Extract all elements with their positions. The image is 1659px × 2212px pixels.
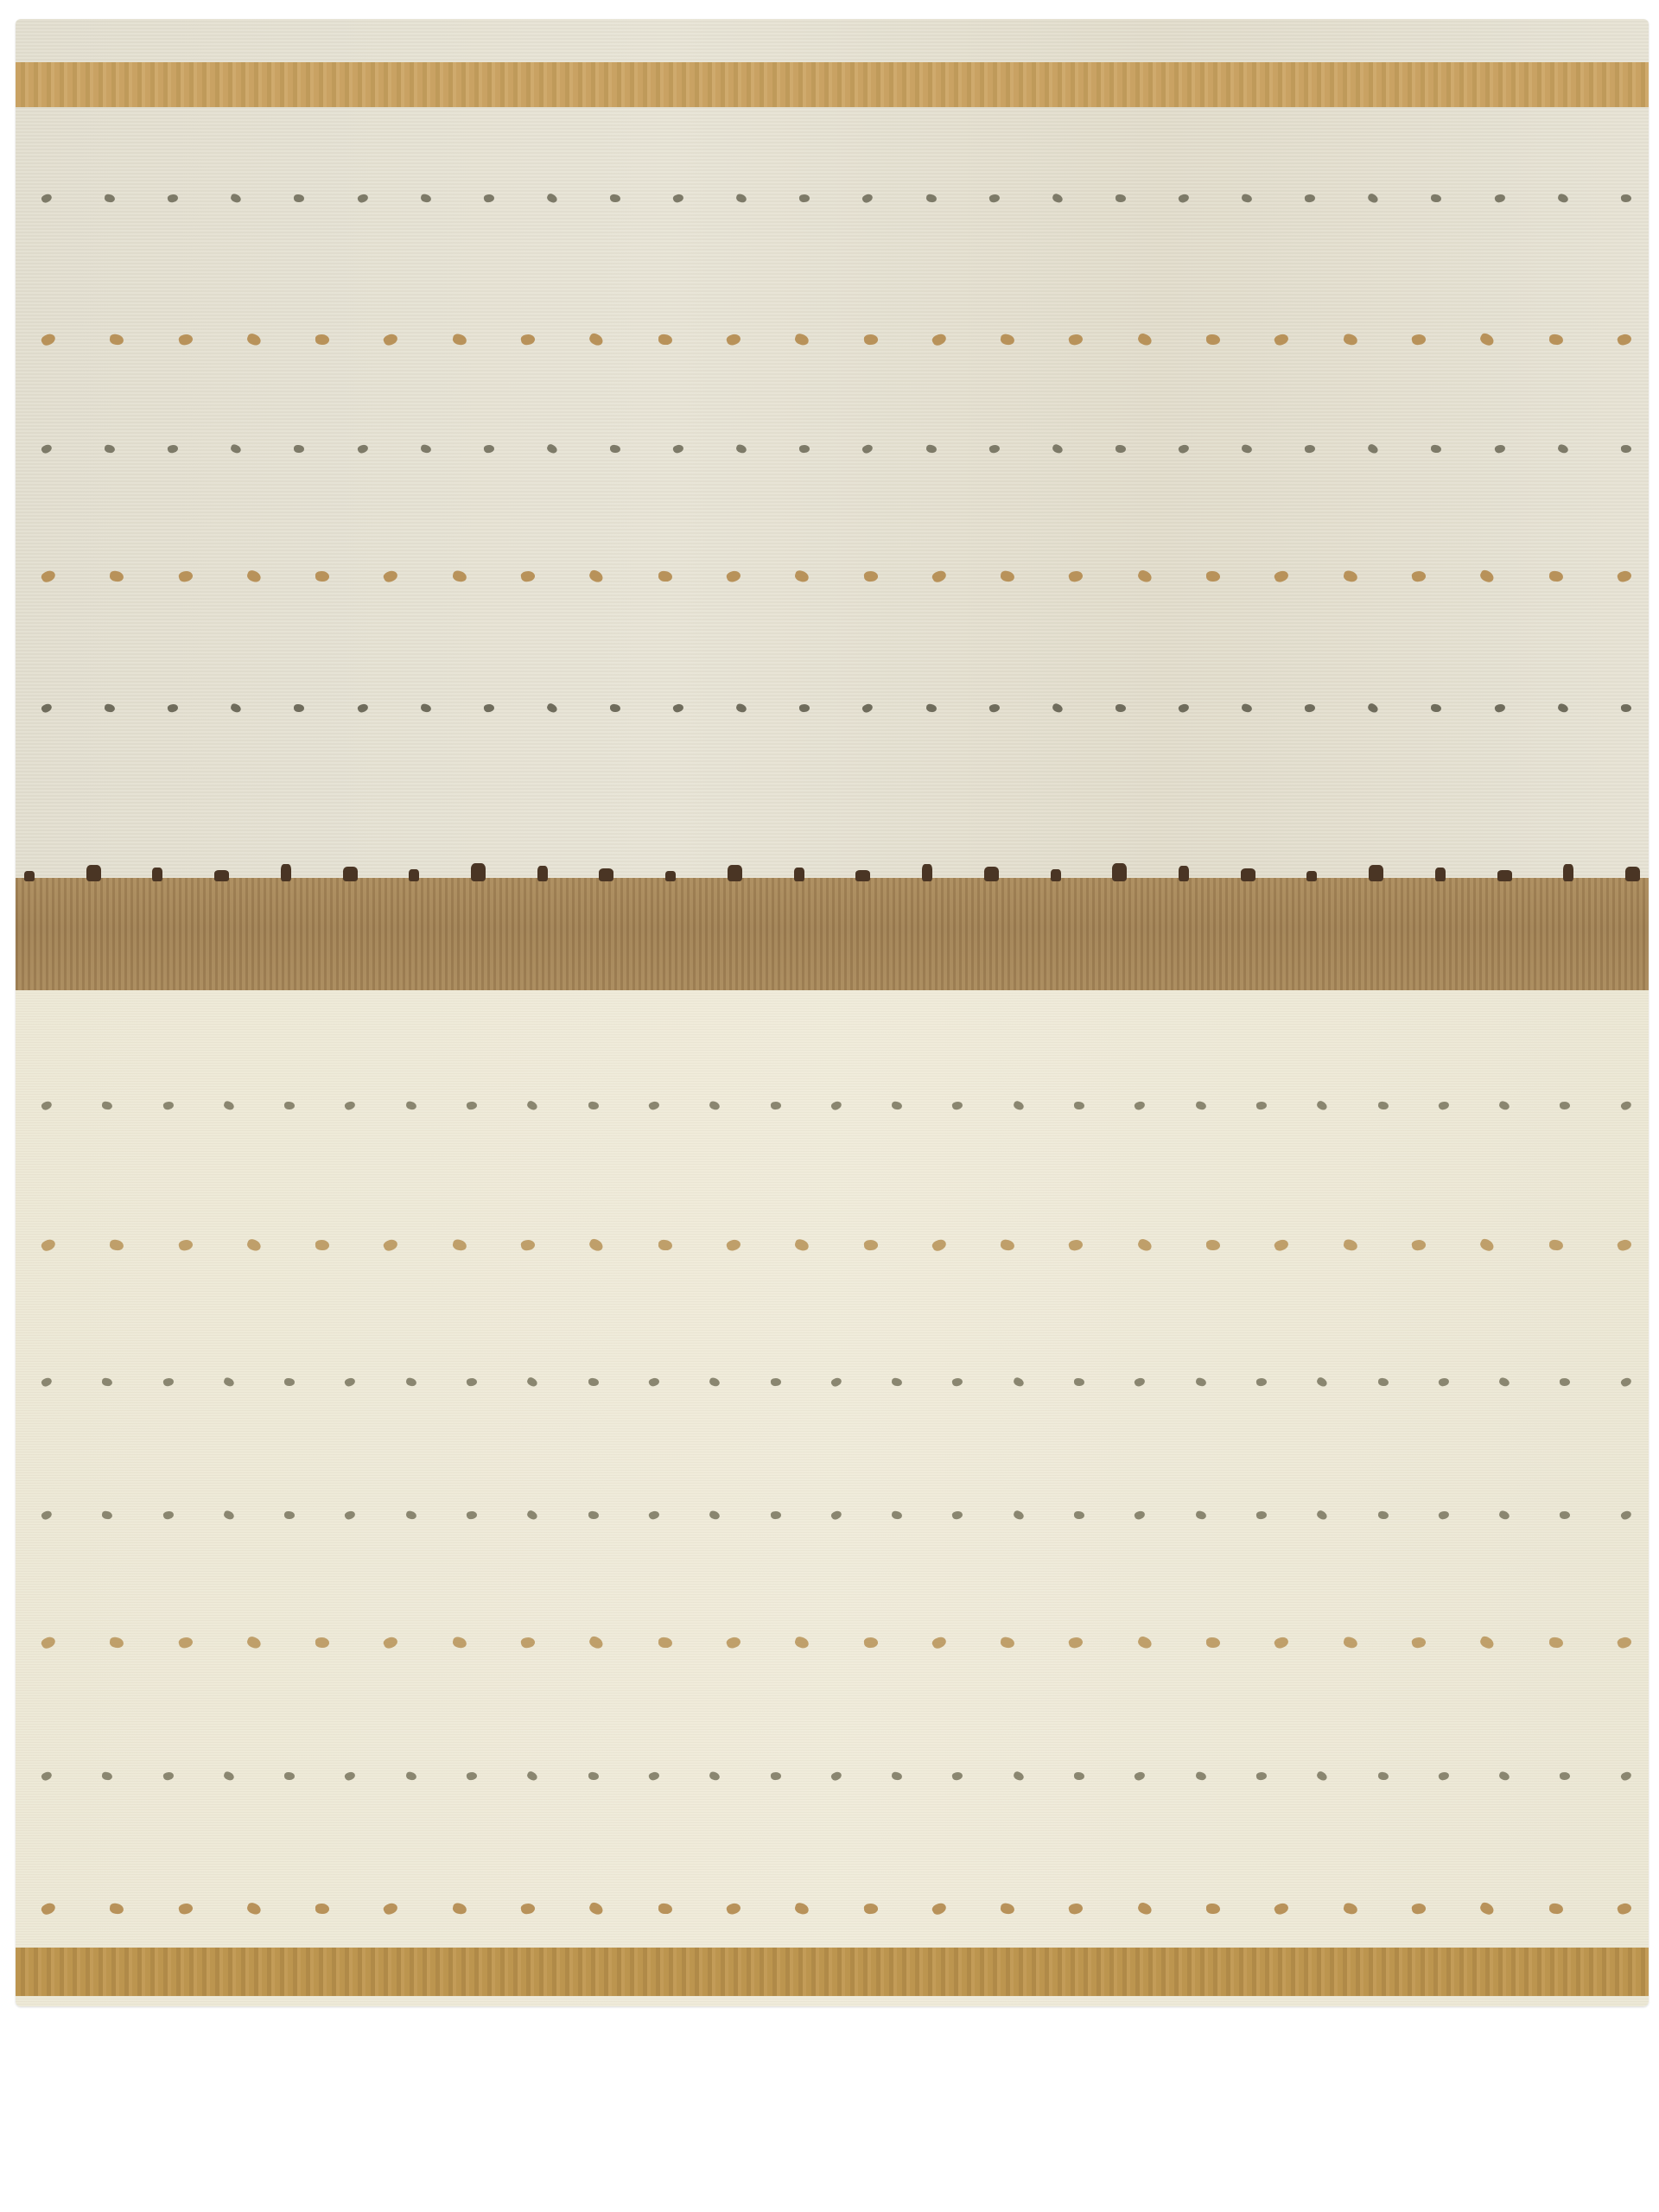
dot	[230, 193, 242, 204]
dot	[1619, 1099, 1632, 1111]
dot	[658, 1904, 672, 1915]
dot	[1000, 1239, 1015, 1251]
dot	[1000, 334, 1015, 346]
dot	[294, 444, 304, 452]
dot	[770, 1377, 781, 1386]
dot	[452, 1902, 467, 1915]
dot	[1411, 1903, 1427, 1916]
dot	[588, 1510, 598, 1519]
dot-row-grey	[41, 442, 1631, 454]
rug	[16, 19, 1649, 2006]
dot	[1116, 194, 1126, 201]
dot	[102, 1510, 113, 1519]
dot	[344, 1376, 357, 1387]
dot	[405, 1376, 417, 1386]
dot	[110, 334, 124, 346]
dot	[1013, 1100, 1025, 1111]
dot	[284, 1101, 295, 1109]
bottom-band	[16, 1948, 1649, 1996]
dot	[588, 1101, 598, 1109]
tuft-row	[24, 862, 1640, 881]
dot	[1438, 1510, 1450, 1520]
dot	[1195, 1770, 1207, 1780]
dot	[245, 333, 262, 347]
dot	[892, 1101, 903, 1110]
dot	[520, 1903, 536, 1916]
dot	[223, 1100, 235, 1111]
dot	[105, 194, 116, 202]
dot	[1255, 1101, 1267, 1110]
dot	[725, 569, 741, 584]
dot	[1560, 1510, 1571, 1519]
dot	[988, 443, 1001, 454]
dot	[794, 1238, 810, 1252]
dot	[1274, 332, 1290, 346]
dot	[1342, 569, 1357, 582]
dot	[383, 1901, 400, 1916]
dark-tuft	[1497, 870, 1512, 881]
dot	[1255, 1510, 1267, 1520]
dot	[1068, 1636, 1084, 1649]
dot	[1616, 569, 1632, 584]
dot	[1560, 1377, 1571, 1386]
dot	[829, 1770, 842, 1782]
dot	[1377, 1377, 1389, 1386]
dot	[245, 1238, 262, 1253]
dark-tuft	[1563, 864, 1573, 881]
dot	[1178, 192, 1191, 203]
dot	[829, 1509, 842, 1521]
dot-row-tan	[41, 1903, 1631, 1915]
dot	[1316, 1376, 1329, 1387]
dark-tuft	[409, 869, 419, 881]
dot	[356, 192, 369, 203]
dark-tuft	[1435, 868, 1446, 881]
dot	[1498, 1510, 1510, 1520]
dot	[709, 1376, 721, 1387]
dark-tuft	[1112, 863, 1127, 881]
dot	[709, 1510, 721, 1520]
dot	[110, 1637, 124, 1649]
dot	[799, 703, 810, 712]
dot	[1074, 1771, 1084, 1779]
dot	[1074, 1377, 1084, 1385]
dot	[588, 332, 606, 347]
dot-row-grey	[41, 1770, 1631, 1782]
dot	[1000, 1903, 1015, 1915]
dot	[1134, 1376, 1147, 1387]
dot	[546, 442, 559, 454]
dot	[1493, 193, 1505, 203]
dot	[1206, 1637, 1220, 1648]
top-band	[16, 62, 1649, 107]
dark-tuft	[214, 870, 229, 881]
dot	[167, 443, 179, 454]
dot	[405, 1100, 417, 1109]
dot	[1367, 442, 1380, 454]
dot	[588, 569, 606, 584]
dark-tuft	[281, 864, 291, 881]
dot	[405, 1510, 417, 1519]
dot	[1255, 1771, 1267, 1781]
dot	[610, 194, 620, 202]
dot	[1616, 1902, 1632, 1916]
dark-tuft	[728, 865, 742, 881]
dot	[725, 333, 741, 347]
dot	[177, 1636, 194, 1649]
dot	[588, 1901, 606, 1916]
dot	[1548, 1903, 1563, 1914]
dot	[1136, 1237, 1153, 1252]
dot	[925, 194, 937, 203]
dot	[1478, 1237, 1496, 1253]
dot	[1274, 1901, 1290, 1916]
dot	[931, 1237, 948, 1253]
dot	[177, 1238, 194, 1252]
dot	[1013, 1510, 1025, 1521]
dot	[102, 1101, 113, 1109]
dot	[1411, 1637, 1427, 1649]
dark-tuft	[855, 870, 870, 881]
dot	[1136, 1635, 1153, 1649]
dot	[1478, 569, 1496, 584]
dot	[315, 571, 329, 582]
dot	[770, 1771, 781, 1780]
dot	[466, 1770, 477, 1780]
dot	[1274, 1237, 1290, 1252]
dot	[1304, 194, 1315, 203]
dot	[356, 702, 369, 713]
dot	[1377, 1771, 1389, 1780]
dot	[177, 333, 194, 346]
dot	[1274, 569, 1290, 583]
dot	[167, 193, 179, 203]
dot	[315, 1240, 329, 1251]
dot	[1498, 1100, 1510, 1110]
dot	[1136, 569, 1153, 583]
dot	[1620, 444, 1631, 453]
dot	[861, 442, 874, 454]
dot	[1493, 702, 1505, 713]
dot	[546, 192, 559, 203]
dot	[230, 702, 242, 714]
dot	[344, 1099, 357, 1110]
dot	[405, 1770, 417, 1780]
dot	[294, 194, 304, 201]
dot	[799, 444, 810, 453]
dot	[1052, 193, 1064, 204]
dot	[420, 443, 432, 453]
dot	[1000, 1637, 1015, 1649]
dot	[41, 1376, 54, 1388]
dot	[1195, 1376, 1207, 1386]
dot	[925, 444, 937, 454]
dark-tuft	[1051, 869, 1061, 881]
dot	[1000, 570, 1015, 582]
dot	[1342, 1636, 1357, 1649]
dot	[725, 1238, 741, 1253]
dot	[1013, 1770, 1025, 1782]
dot	[931, 332, 948, 347]
dot	[383, 569, 400, 584]
dot	[1548, 1239, 1563, 1250]
dot	[709, 1770, 721, 1781]
dot-row-grey	[41, 1509, 1631, 1521]
dot	[383, 1635, 400, 1650]
dot	[1274, 1635, 1290, 1649]
dot	[40, 1901, 57, 1916]
dot	[315, 1637, 329, 1649]
dot	[466, 1100, 477, 1109]
dot	[658, 1637, 672, 1649]
dot	[294, 703, 304, 711]
dot	[1478, 332, 1496, 347]
dot	[41, 1099, 54, 1111]
dot	[770, 1510, 781, 1519]
dot	[1316, 1770, 1329, 1781]
dot	[1136, 332, 1153, 346]
dot	[110, 1239, 124, 1251]
dot	[162, 1100, 175, 1110]
dot	[483, 193, 494, 202]
dot	[588, 1237, 606, 1253]
dot	[483, 702, 494, 712]
dot	[863, 334, 878, 346]
dot	[40, 1635, 57, 1650]
dot	[1206, 1904, 1220, 1914]
dot	[1438, 1770, 1450, 1781]
dot	[452, 569, 467, 582]
dot	[1068, 333, 1084, 346]
dot	[1304, 444, 1315, 454]
dot	[1342, 1238, 1357, 1251]
dot	[526, 1376, 539, 1387]
dot	[102, 1377, 113, 1386]
dot	[1616, 1238, 1632, 1253]
dot	[951, 1510, 963, 1520]
dot	[951, 1100, 963, 1110]
dot	[1195, 1510, 1207, 1519]
dot	[931, 569, 948, 584]
dot	[794, 1902, 810, 1916]
dot	[1431, 703, 1442, 712]
dark-tuft	[343, 867, 358, 881]
dark-tuft	[152, 868, 162, 881]
dot	[546, 702, 559, 713]
dot	[452, 1238, 467, 1251]
dot	[735, 443, 747, 454]
dark-tuft	[1369, 865, 1383, 881]
dot-row-tan	[41, 334, 1631, 346]
dot	[483, 443, 494, 453]
dot	[105, 703, 116, 712]
dark-tuft	[599, 868, 613, 881]
dot	[1052, 702, 1064, 714]
dot	[1316, 1509, 1329, 1520]
dark-tuft	[1241, 868, 1255, 881]
dot	[725, 1902, 741, 1916]
dot	[648, 1770, 660, 1782]
dot	[110, 1903, 124, 1915]
dot	[863, 570, 878, 582]
dot	[861, 702, 874, 714]
dot	[658, 334, 672, 346]
dot	[1560, 1771, 1571, 1780]
dot	[1074, 1101, 1084, 1109]
dot	[383, 332, 400, 347]
dot	[1557, 702, 1569, 713]
dot	[452, 1636, 467, 1649]
dot	[284, 1510, 295, 1518]
dot	[794, 1636, 810, 1649]
dot-row-tan	[41, 1239, 1631, 1251]
dot	[648, 1376, 660, 1388]
dot	[41, 192, 54, 204]
dot	[466, 1510, 477, 1519]
dot	[1616, 1636, 1632, 1650]
dot	[829, 1099, 842, 1111]
dot	[526, 1099, 539, 1110]
dot	[167, 702, 179, 713]
dot	[1498, 1770, 1510, 1781]
dot	[770, 1101, 781, 1109]
dark-tuft	[86, 865, 101, 881]
dot	[1498, 1376, 1510, 1387]
dot	[1316, 1099, 1329, 1110]
dot	[1411, 334, 1427, 346]
dot	[829, 1376, 842, 1388]
dot	[1367, 192, 1380, 203]
dot-row-grey	[41, 1099, 1631, 1111]
dot	[1206, 1240, 1220, 1250]
dot	[1068, 569, 1084, 583]
dot	[892, 1771, 903, 1781]
dot	[672, 702, 684, 714]
dot	[383, 1237, 400, 1253]
dot	[223, 1376, 235, 1388]
dot	[988, 702, 1001, 713]
dot	[892, 1377, 903, 1387]
dot	[452, 333, 467, 346]
dot	[105, 444, 116, 453]
dot	[245, 569, 262, 584]
dot	[1619, 1770, 1632, 1782]
dot	[1206, 571, 1220, 582]
dot	[588, 1377, 598, 1386]
dot	[648, 1100, 660, 1111]
dot	[863, 1239, 878, 1251]
dot	[1206, 334, 1220, 345]
rug-field-upper	[16, 19, 1649, 892]
dark-tuft	[1179, 866, 1189, 881]
dot	[1438, 1376, 1450, 1387]
dot	[931, 1635, 948, 1650]
dot	[102, 1771, 113, 1780]
dark-tuft	[665, 871, 676, 881]
dot	[1367, 702, 1380, 713]
dot	[230, 443, 242, 454]
dot	[1478, 1901, 1496, 1916]
dot	[1068, 1902, 1084, 1916]
dot	[162, 1510, 175, 1520]
dot	[420, 193, 432, 202]
dot	[1411, 570, 1427, 583]
dot	[1377, 1510, 1389, 1519]
dot	[526, 1770, 539, 1781]
dot-row-grey	[41, 702, 1631, 714]
dot	[892, 1510, 903, 1520]
dot	[735, 702, 747, 713]
dot	[40, 332, 57, 347]
dot	[1241, 702, 1253, 712]
dot	[1377, 1101, 1389, 1109]
dot	[951, 1376, 963, 1387]
dot	[1178, 442, 1191, 454]
dot	[110, 570, 124, 582]
dot	[1431, 194, 1442, 202]
dot	[315, 1904, 329, 1915]
dot	[672, 193, 684, 204]
dot	[1134, 1099, 1147, 1110]
dot	[420, 702, 432, 712]
dot	[1134, 1509, 1147, 1520]
dot	[658, 1240, 672, 1251]
dark-tuft	[984, 867, 999, 881]
dot	[1116, 703, 1126, 711]
dot	[1493, 443, 1505, 454]
dot	[223, 1510, 235, 1521]
dot	[344, 1770, 357, 1781]
dot	[1342, 1902, 1357, 1915]
dot	[1620, 194, 1631, 202]
dot	[1134, 1770, 1147, 1781]
dot	[588, 1635, 606, 1650]
dot	[1074, 1510, 1084, 1518]
dot	[1068, 1238, 1084, 1252]
dot	[610, 703, 620, 712]
dot	[735, 193, 747, 203]
dot	[1557, 193, 1569, 203]
dot	[672, 443, 684, 454]
dot	[520, 1637, 536, 1649]
dot	[520, 570, 536, 583]
dot	[1178, 702, 1191, 713]
dot	[177, 569, 194, 583]
dark-tuft	[471, 863, 486, 881]
dark-tuft	[537, 866, 548, 881]
dot	[1478, 1635, 1496, 1650]
dark-tuft	[24, 871, 35, 881]
dot	[1620, 703, 1631, 712]
dot	[1136, 1901, 1153, 1916]
dot-row-grey	[41, 1376, 1631, 1388]
dot	[1255, 1377, 1267, 1387]
dot	[223, 1770, 235, 1782]
dot	[1560, 1101, 1571, 1109]
dot	[520, 1239, 536, 1252]
dot	[863, 1903, 878, 1915]
dot	[925, 703, 937, 713]
dot	[1241, 443, 1253, 453]
middle-band	[16, 878, 1649, 990]
dot	[1431, 444, 1442, 453]
dot	[1548, 1637, 1563, 1648]
dot	[951, 1770, 963, 1781]
rug-field-lower	[16, 892, 1649, 2006]
dot	[315, 334, 329, 346]
dot	[1013, 1376, 1025, 1388]
dot	[861, 192, 874, 204]
